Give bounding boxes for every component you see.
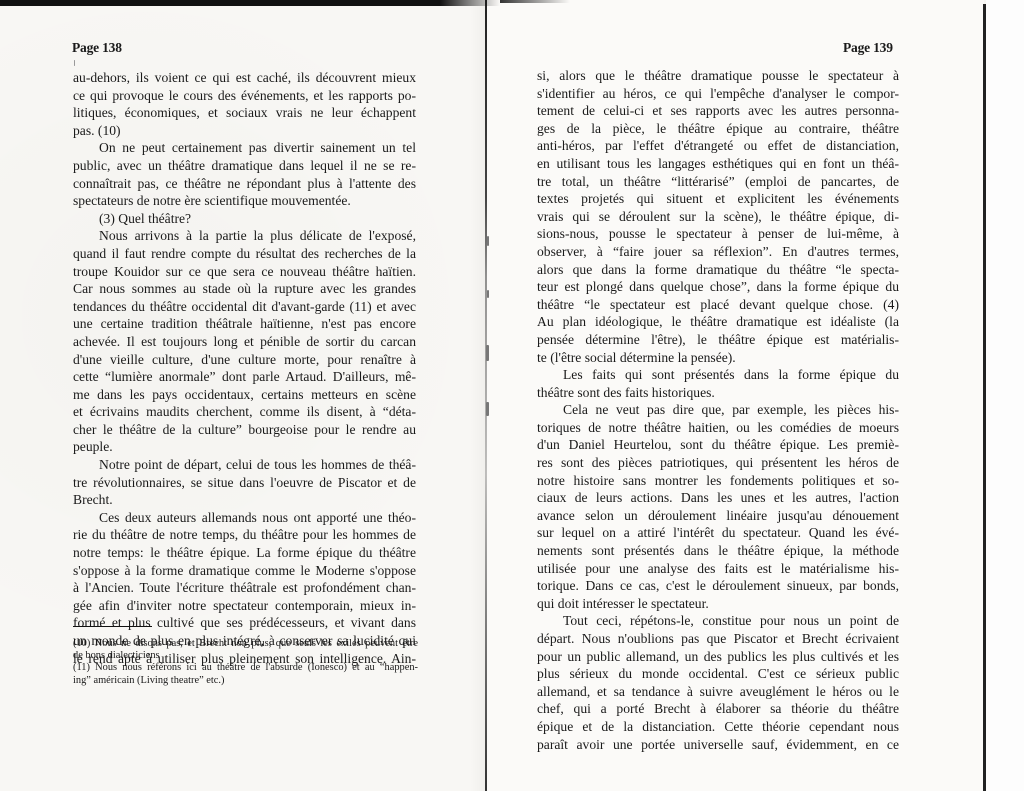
- footnotes: (10) Nous ne disons pas, et Brecht non p…: [73, 638, 418, 687]
- text-line: Ces deux auteurs allemands nous ont appo…: [73, 509, 416, 527]
- text-line: formé et plus cultivé que ses prédécesse…: [73, 614, 416, 632]
- text-line: tement de celui-ci et ses rapports avec …: [537, 102, 899, 120]
- text-line: On ne peut certainement pas divertir sai…: [73, 139, 416, 157]
- text-line: peuple.: [73, 438, 416, 456]
- text-line: chef, qui a porté Brecht à élaborer sa t…: [537, 700, 899, 718]
- text-line: ciaux de leurs actions. Dans les unes et…: [537, 489, 899, 507]
- footnote-divider: [73, 626, 152, 627]
- text-line: connaîtrait pas, ce théâtre ne répondant…: [73, 175, 416, 193]
- text-line: cher le théâtre de la culture” bourgeois…: [73, 421, 416, 439]
- text-line: utilisée pour une analyse des faits est …: [537, 560, 899, 578]
- text-line: Cela ne veut pas dire que, par exemple, …: [537, 401, 899, 419]
- text-line: te (l'être social détermine la pensée).: [537, 349, 899, 367]
- text-line: tendances du théâtre occidental dit d'av…: [73, 298, 416, 316]
- scan-artifact: [74, 60, 75, 66]
- book-spine: [485, 0, 487, 791]
- text-line: Notre point de départ, celui de tous les…: [73, 456, 416, 474]
- text-line: si, alors que le théâtre dramatique pous…: [537, 67, 899, 85]
- footnote-line: (10) Nous ne disons pas, et Brecht non p…: [73, 638, 418, 650]
- scan-top-shadow: [0, 0, 500, 6]
- text-line: gée afin d'inviter notre spectateur cont…: [73, 597, 416, 615]
- text-line: qui doit intéresser le spectateur.: [537, 595, 899, 613]
- text-line: notre temps: le théâtre épique. La forme…: [73, 544, 416, 562]
- text-line: Brecht.: [73, 491, 416, 509]
- text-line: (3) Quel théâtre?: [73, 210, 416, 228]
- text-line: à l'Ancien. Toute l'écriture théâtrale e…: [73, 579, 416, 597]
- scan-artifact: [487, 290, 489, 298]
- text-line: pensée détermine l'être), le théâtre épi…: [537, 331, 899, 349]
- text-line: Au plan idéologique, le théâtre dramatiq…: [537, 313, 899, 331]
- text-line: vrais qui se déroulent sur la scène), le…: [537, 208, 899, 226]
- text-line: me dans les pays occidentaux, certains m…: [73, 386, 416, 404]
- text-line: au-dehors, ils voient ce qui est caché, …: [73, 69, 416, 87]
- text-line: s'oppose à la forme dramatique comme le …: [73, 562, 416, 580]
- right-page-body-text: si, alors que le théâtre dramatique pous…: [537, 67, 899, 753]
- scan-artifact: [487, 236, 489, 246]
- text-line: observer, à “faire jouer sa réflexion”. …: [537, 243, 899, 261]
- text-line: Car nous sommes au stade où la rupture a…: [73, 280, 416, 298]
- text-line: rie du théâtre de notre temps, du théâtr…: [73, 526, 416, 544]
- text-line: alors que dans la forme dramatique du th…: [537, 261, 899, 279]
- text-line: litiques, économiques, et sociaux vrais …: [73, 104, 416, 122]
- text-line: d'un Daniel Heurtelou, sont du théâtre é…: [537, 436, 899, 454]
- text-line: achevée. Il est toujours long et pénible…: [73, 333, 416, 351]
- text-line: res sont des pièces patriotiques, qui pr…: [537, 454, 899, 472]
- text-line: anti-héros, par l'effet d'étrangeté ou e…: [537, 137, 899, 155]
- text-line: notre histoire sans montrer les fondemen…: [537, 472, 899, 490]
- text-line: textes projetés qui situent et explicite…: [537, 190, 899, 208]
- text-line: et écrivains maudits cherchent, comme il…: [73, 403, 416, 421]
- text-line: en utilisant tous les langages esthétiqu…: [537, 155, 899, 173]
- scan-top-shadow-fade: [500, 0, 570, 3]
- text-line: torique. Dans ce cas, c'est le dérouleme…: [537, 577, 899, 595]
- footnote-line: ing” américain (Living theatre” etc.): [73, 675, 418, 687]
- text-line: pour un public allemand, un des publics …: [537, 648, 899, 666]
- footnote-line: (11) Nous nous référons ici au théâtre d…: [73, 662, 418, 674]
- text-line: nements sont présentés dans le théâtre é…: [537, 542, 899, 560]
- text-line: théâtre “le spectateur est placé devant …: [537, 296, 899, 314]
- scan-artifact: [486, 402, 489, 416]
- text-line: une certaine tradition théâtrale haïtien…: [73, 315, 416, 333]
- text-line: Les faits qui sont présentés dans la for…: [537, 366, 899, 384]
- left-page-body-text: au-dehors, ils voient ce qui est caché, …: [73, 69, 416, 667]
- scan-margin: [986, 0, 1024, 791]
- text-line: cette “lumière anormale” dont parle Arta…: [73, 368, 416, 386]
- text-line: tre révolutionnaires, se situe dans l'oe…: [73, 474, 416, 492]
- page-number-right: Page 139: [843, 40, 893, 56]
- scan-artifact: [486, 345, 489, 361]
- text-line: ges de la pièce, le théâtre épique au co…: [537, 120, 899, 138]
- text-line: pas. (10): [73, 122, 416, 140]
- text-line: Tout ceci, répétons-le, constitue pour n…: [537, 612, 899, 630]
- spine-shadow: [470, 0, 485, 791]
- text-line: allemand, et sa tendance à suivre aveugl…: [537, 683, 899, 701]
- text-line: sions-nous, pousse le spectateur à pense…: [537, 225, 899, 243]
- text-line: plus sérieux du monde occidental. C'est …: [537, 665, 899, 683]
- text-line: sur lequel on a attiré l'intérêt du spec…: [537, 524, 899, 542]
- text-line: Nous arrivons à la partie la plus délica…: [73, 227, 416, 245]
- text-line: toriques de notre théâtre haitien, ou le…: [537, 419, 899, 437]
- text-line: quand il faut rendre compte du résultat …: [73, 245, 416, 263]
- text-line: épique et de la distanciation. Cette thé…: [537, 718, 899, 736]
- text-line: spectateurs de notre ère scientifique mo…: [73, 192, 416, 210]
- text-line: teur est plongé dans quelque chose”, dan…: [537, 278, 899, 296]
- text-line: public, avec un théâtre dramatique dans …: [73, 157, 416, 175]
- text-line: théâtre sont des faits historiques.: [537, 384, 899, 402]
- book-spread: Page 138 Page 139 au-dehors, ils voient …: [0, 0, 1024, 791]
- footnote-line: de bons dialecticiens: [73, 650, 418, 662]
- text-line: troupe Kouidor sur ce que sera ce nouvea…: [73, 263, 416, 281]
- text-line: tre total, un théâtre “littérarisé” (emp…: [537, 173, 899, 191]
- text-line: ce qui provoque le cours des événements,…: [73, 87, 416, 105]
- text-line: paraît avoir une portée universelle sauf…: [537, 736, 899, 754]
- text-line: s'identifier au héros, ce qui l'empêche …: [537, 85, 899, 103]
- text-line: départ. Nous n'oublions pas que Piscator…: [537, 630, 899, 648]
- text-line: avance selon un déroulement linéaire jus…: [537, 507, 899, 525]
- text-line: d'une vieille culture, d'une culture mor…: [73, 351, 416, 369]
- page-number-left: Page 138: [72, 40, 122, 56]
